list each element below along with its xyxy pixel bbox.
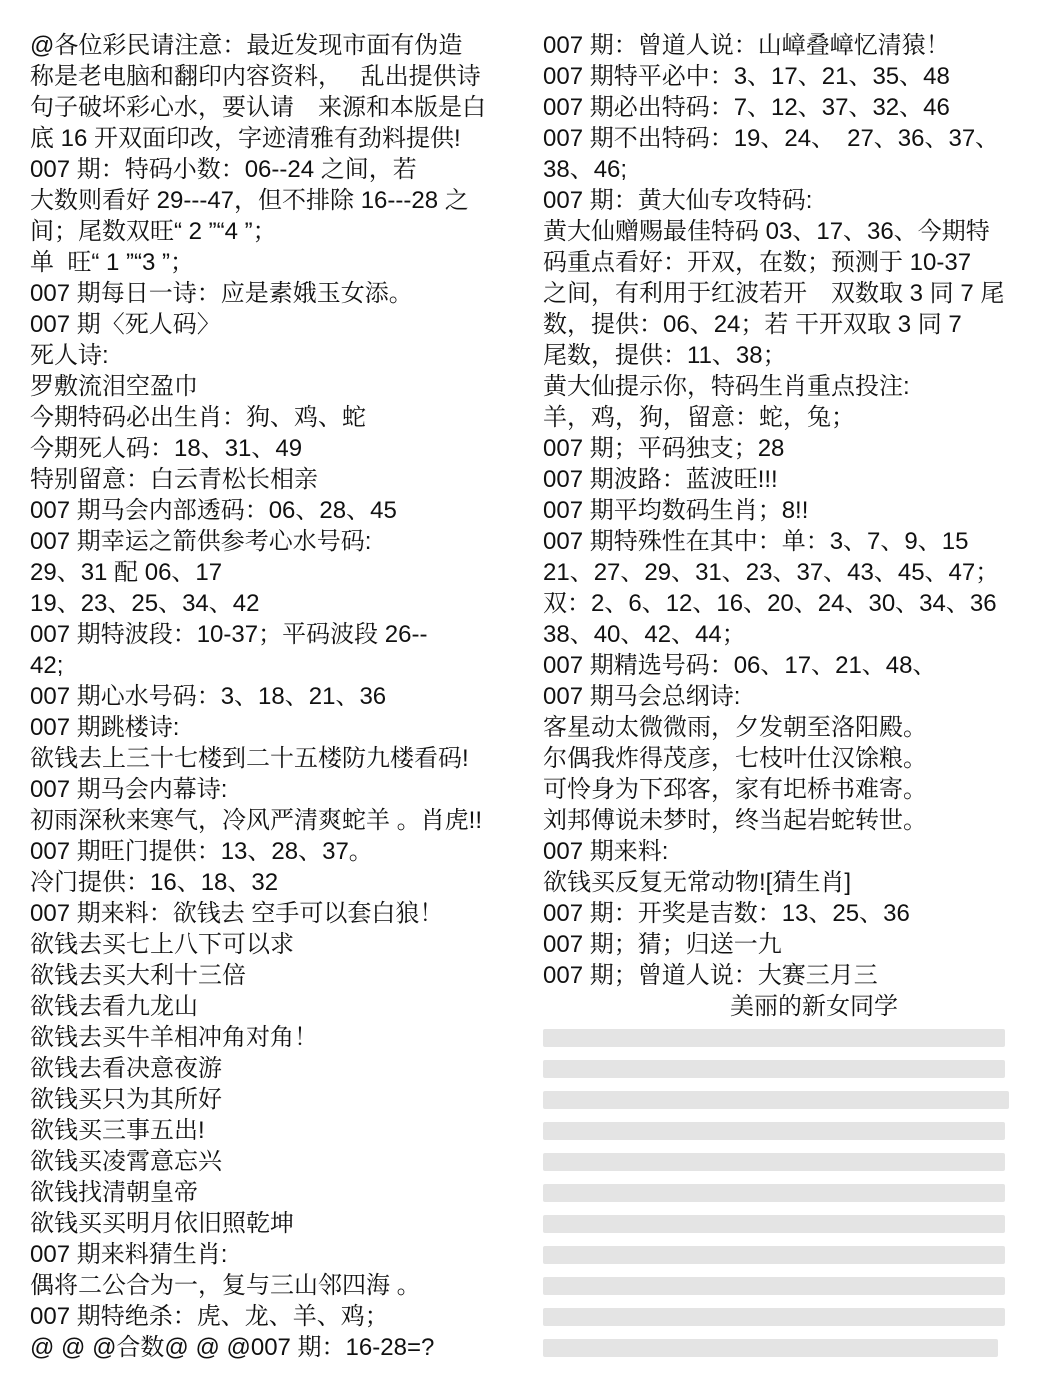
text-line: 双：2、6、12、16、20、24、30、34、36 (543, 588, 1023, 619)
text-line: 欲钱找清朝皇帝 (30, 1177, 510, 1208)
text-line: @ @ @合数@ @ @007 期：16-28=? (30, 1332, 510, 1363)
notice-line: 底 16 开双面印改，字迹清雅有劲料提供! (30, 123, 510, 154)
text-line: 007 期来料: (543, 836, 1023, 867)
text-line: 冷门提供：16、18、32 (30, 867, 510, 898)
text-line: 007 期心水号码：3、18、21、36 (30, 681, 510, 712)
text-line: 007 期：特码小数：06--24 之间，若 (30, 154, 510, 185)
text-line: 007 期平均数码生肖；8!! (543, 495, 1023, 526)
text-line: 007 期来料：欲钱去 空手可以套白狼！ (30, 898, 510, 929)
notice-line: @各位彩民请注意：最近发现市面有伪造 (30, 30, 510, 61)
notice-line: 句子破坏彩心水，要认请 来源和本版是白 (30, 92, 510, 123)
text-line: 今期死人码：18、31、49 (30, 433, 510, 464)
right-column: 007 期：曾道人说：山嶂叠嶂忆清猿！ 007 期特平必中：3、17、21、35… (543, 30, 1023, 1363)
redacted-line (543, 1022, 1023, 1053)
redacted-line (543, 1270, 1023, 1301)
text-line: 今期特码必出生肖：狗、鸡、蛇 (30, 402, 510, 433)
text-line: 007 期特波段：10-37；平码波段 26-- (30, 619, 510, 650)
notice-line: 称是老电脑和翻印内容资料， 乱出提供诗 (30, 61, 510, 92)
text-line: 欲钱去买大利十三倍 (30, 960, 510, 991)
text-line: 黄大仙赠赐最佳特码 03、17、36、今期特 (543, 216, 1023, 247)
poem-line: 可怜身为下邳客，家有圯桥书难寄。 (543, 774, 1023, 805)
text-line: 间；尾数双旺“ 2 ”“4 ”； (30, 216, 510, 247)
text-line: 007 期旺门提供：13、28、37。 (30, 836, 510, 867)
text-line: 38、40、42、44； (543, 619, 1023, 650)
text-line: 38、46; (543, 154, 1023, 185)
redacted-line (543, 1332, 1023, 1363)
redacted-line (543, 1115, 1023, 1146)
text-line: 007 期马会内幕诗: (30, 774, 510, 805)
redacted-line (543, 1084, 1023, 1115)
text-line: 007 期幸运之箭供参考心水号码: (30, 526, 510, 557)
text-line: 死人诗: (30, 340, 510, 371)
text-line: 29、31 配 06、17 (30, 557, 510, 588)
text-line: 欲钱买只为其所好 (30, 1084, 510, 1115)
text-line: 码重点看好：开双，在数；预测于 10-37 (543, 247, 1023, 278)
text-line: 21、27、29、31、23、37、43、45、47； (543, 557, 1023, 588)
text-line: 之间，有利用于红波若开 双数取 3 同 7 尾 (543, 278, 1023, 309)
text-line: 007 期特殊性在其中：单：3、7、9、15 (543, 526, 1023, 557)
redacted-line (543, 1239, 1023, 1270)
text-line: 007 期：曾道人说：山嶂叠嶂忆清猿！ (543, 30, 1023, 61)
text-line: 黄大仙提示你，特码生肖重点投注: (543, 371, 1023, 402)
text-line: 欲钱去看九龙山 (30, 991, 510, 1022)
poem-line: 客星动太微微雨，夕发朝至洛阳殿。 (543, 712, 1023, 743)
text-line: 尾数，提供：11、38； (543, 340, 1023, 371)
redacted-line (543, 1208, 1023, 1239)
text-line: 欲钱去上三十七楼到二十五楼防九楼看码! (30, 743, 510, 774)
text-line: 007 期；平码独支；28 (543, 433, 1023, 464)
section-heading: 007 期〈死人码〉 (30, 309, 510, 340)
text-line: 007 期：黄大仙专攻特码: (543, 185, 1023, 216)
redacted-line (543, 1146, 1023, 1177)
redacted-line (543, 1053, 1023, 1084)
text-line: 007 期跳楼诗: (30, 712, 510, 743)
text-line: 007 期每日一诗：应是素娥玉女添。 (30, 278, 510, 309)
text-line: 单 旺“ 1 ”“3 ”； (30, 247, 510, 278)
text-line: 007 期不出特码：19、24、 27、36、37、 (543, 123, 1023, 154)
text-line: 欲钱去买七上八下可以求 (30, 929, 510, 960)
text-line: 欲钱去买牛羊相冲角对角！ (30, 1022, 510, 1053)
text-line: 欲钱买反复无常动物![猜生肖] (543, 867, 1023, 898)
left-column: @各位彩民请注意：最近发现市面有伪造 称是老电脑和翻印内容资料， 乱出提供诗 句… (30, 30, 510, 1363)
text-line: 007 期；曾道人说：大赛三月三 (543, 960, 1023, 991)
text-line: 羊，鸡，狗，留意：蛇，兔； (543, 402, 1023, 433)
text-line: 欲钱买买明月依旧照乾坤 (30, 1208, 510, 1239)
text-line: 欲钱买三事五出! (30, 1115, 510, 1146)
text-line: 007 期特绝杀：虎、龙、羊、鸡； (30, 1301, 510, 1332)
text-line: 007 期马会内部透码：06、28、45 (30, 495, 510, 526)
text-line: 007 期必出特码：7、12、37、32、46 (543, 92, 1023, 123)
text-line: 欲钱去看决意夜游 (30, 1053, 510, 1084)
text-line: 罗敷流泪空盈巾 (30, 371, 510, 402)
story-title: 美丽的新女同学 (543, 991, 1023, 1022)
text-line: 007 期波路：蓝波旺!!! (543, 464, 1023, 495)
redacted-line (543, 1177, 1023, 1208)
text-line: 19、23、25、34、42 (30, 588, 510, 619)
text-line: 初雨深秋来寒气，冷风严清爽蛇羊 。肖虎!! (30, 805, 510, 836)
redacted-line (543, 1301, 1023, 1332)
text-line: 欲钱买凌霄意忘兴 (30, 1146, 510, 1177)
text-line: 数，提供：06、24；若 干开双取 3 同 7 (543, 309, 1023, 340)
text-line: 大数则看好 29---47，但不排除 16---28 之 (30, 185, 510, 216)
text-line: 007 期；猜；归送一九 (543, 929, 1023, 960)
text-line: 007 期：开奖是吉数：13、25、36 (543, 898, 1023, 929)
text-line: 007 期特平必中：3、17、21、35、48 (543, 61, 1023, 92)
text-line: 007 期精选号码：06、17、21、48、 (543, 650, 1023, 681)
text-line: 偶将二公合为一，复与三山邻四海 。 (30, 1270, 510, 1301)
text-line: 特别留意：白云青松长相亲 (30, 464, 510, 495)
text-line: 007 期来料猜生肖: (30, 1239, 510, 1270)
poem-line: 尔偶我炸得茂彦，七枝叶仕汉馀粮。 (543, 743, 1023, 774)
text-line: 42; (30, 650, 510, 681)
poem-line: 刘邦傅说未梦时，终当起岩蛇转世。 (543, 805, 1023, 836)
text-line: 007 期马会总纲诗: (543, 681, 1023, 712)
